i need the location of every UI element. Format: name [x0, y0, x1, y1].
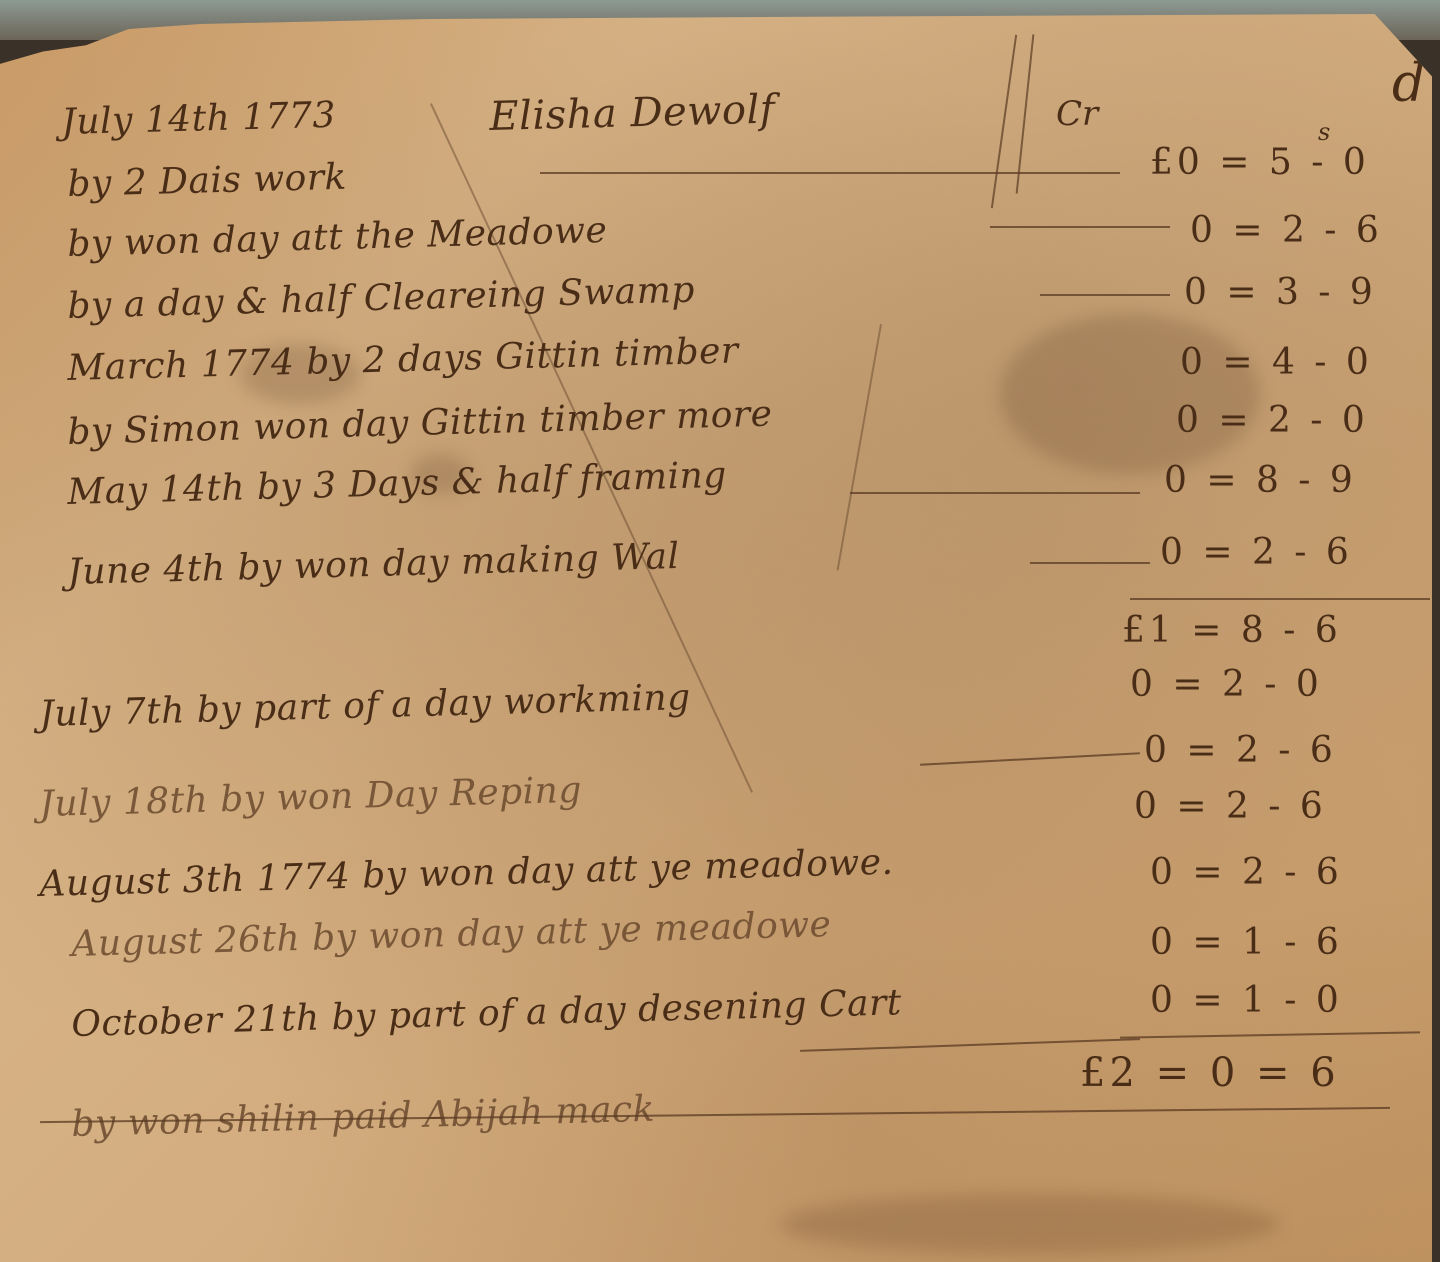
header-name: Elisha Dewolf	[489, 87, 776, 140]
total-rule-top	[1120, 1031, 1420, 1038]
entry-amount: 0 = 2 - 6	[1144, 730, 1337, 771]
entry-text: by a day & half Cleareing Swamp	[67, 270, 695, 327]
fold-line	[837, 324, 882, 570]
entry-text: August 26th by won day att ye meadowe	[71, 904, 832, 965]
header-pence: d	[1392, 54, 1425, 114]
entry-amount: 0 = 3 - 9	[1184, 272, 1377, 313]
entry-amount: 0 = 4 - 0	[1180, 342, 1373, 383]
entry-amount: 0 = 2 - 6	[1150, 852, 1343, 893]
entry-amount: £0 = 5 - 0	[1150, 142, 1370, 183]
entry-text: August 3th 1774 by won day att ye meadow…	[39, 842, 894, 905]
entry-amount: 0 = 2 - 0	[1130, 664, 1323, 705]
entry-text: by won day att the Meadowe	[67, 210, 608, 265]
entry-amount: 0 = 8 - 9	[1164, 460, 1357, 501]
entry-text: by 2 Dais work	[67, 157, 347, 205]
entry-rule	[990, 226, 1170, 228]
entry-amount: 0 = 2 - 0	[1176, 400, 1369, 441]
ink-stain	[1000, 314, 1260, 474]
header-credit-label: Cr	[1056, 94, 1098, 134]
column-divider	[1016, 34, 1035, 193]
entry-rule	[850, 492, 1140, 494]
entry-amount: 0 = 1 - 0	[1150, 980, 1343, 1021]
header-date: July 14th 1773	[61, 95, 336, 143]
entry-rule	[920, 752, 1140, 766]
subtotal-rule	[1130, 598, 1430, 600]
entry-text: June 4th by won day making Wal	[67, 536, 680, 593]
entry-text: May 14th by 3 Days & half framing	[67, 455, 727, 513]
entry-rule	[540, 172, 1120, 174]
entry-rule	[1030, 562, 1150, 564]
entry-amount: 0 = 1 - 6	[1150, 922, 1343, 963]
ledger-page: July 14th 1773 Elisha Dewolf Cr s d by 2…	[0, 14, 1432, 1262]
entry-amount: 0 = 2 - 6	[1190, 210, 1383, 251]
column-divider	[991, 35, 1017, 209]
entry-text: March 1774 by 2 days Gittin timber	[67, 330, 739, 389]
entry-rule	[1040, 294, 1170, 296]
entry-text: October 21th by part of a day desening C…	[71, 982, 902, 1045]
total-amount: £2 = 0 = 6	[1080, 1050, 1340, 1096]
entry-text: by Simon won day Gittin timber more	[67, 394, 773, 453]
entry-amount: 0 = 2 - 6	[1134, 786, 1327, 827]
entry-text: July 18th by won Day Reping	[39, 770, 582, 825]
entry-amount: 0 = 2 - 6	[1160, 532, 1353, 573]
entry-text: July 7th by part of a day workming	[39, 677, 691, 735]
ink-stain	[780, 1194, 1280, 1254]
subtotal-amount: £1 = 8 - 6	[1122, 610, 1342, 651]
